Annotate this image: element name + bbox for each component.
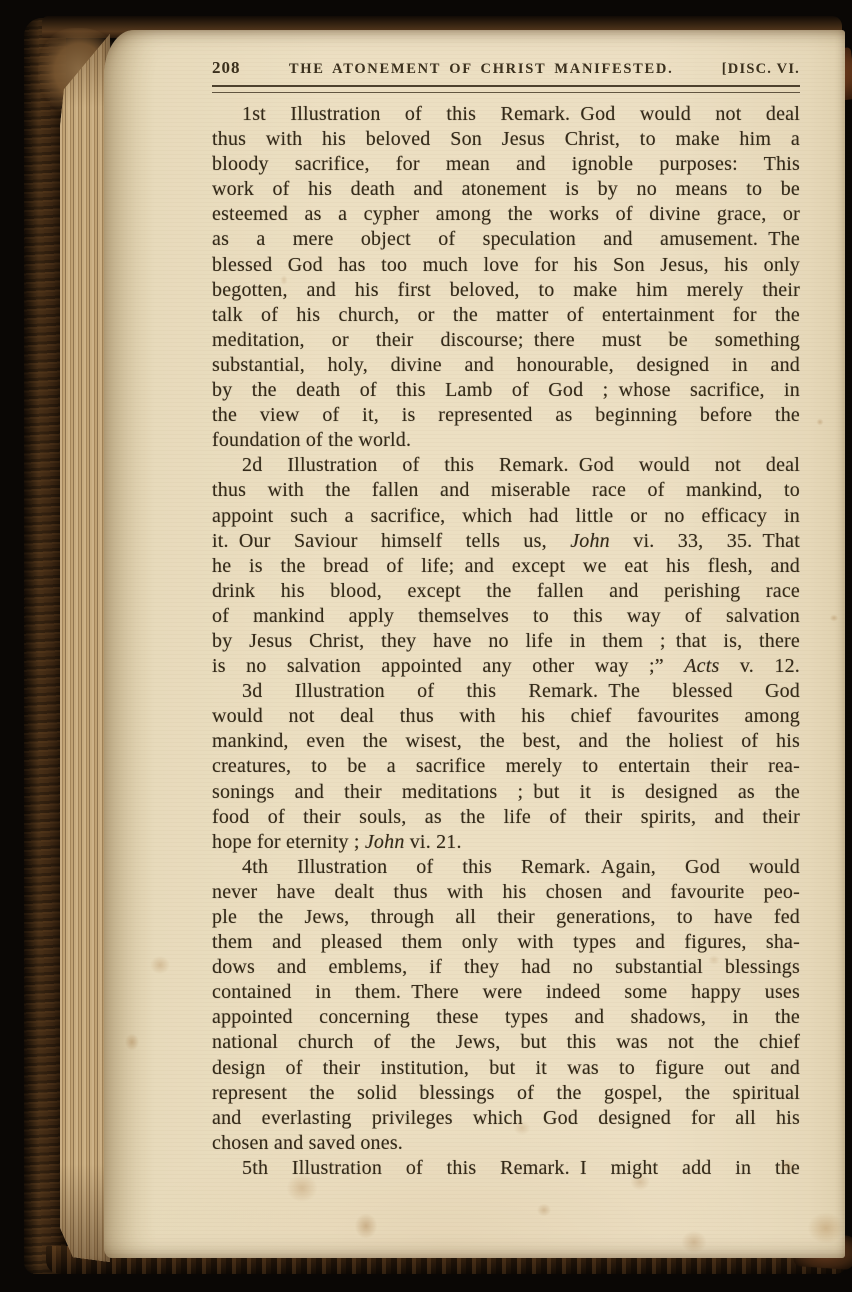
text-segment: v. 12. <box>720 655 800 677</box>
text-line: 5th Illustration of this Remark. I might… <box>212 1156 800 1181</box>
text-segment: the view of it, is represented as beginn… <box>212 404 800 426</box>
text-block: 1st Illustration of this Remark. God wou… <box>212 102 800 1181</box>
text-line: substantial, holy, divine and honourable… <box>212 353 800 378</box>
text-segment: 2d Illustration of this Remark. God woul… <box>242 454 800 476</box>
text-segment: as a mere object of speculation and amus… <box>212 228 800 250</box>
text-segment: blessed God has too much love for his So… <box>212 254 800 276</box>
book-spine-leather <box>24 18 66 1274</box>
scripture-reference: John <box>365 831 405 853</box>
text-line: talk of his church, or the matter of ent… <box>212 303 800 328</box>
text-line: creatures, to be a sacrifice merely to e… <box>212 754 800 779</box>
text-segment: hope for eternity ; <box>212 831 365 853</box>
text-line: hope for eternity ; John vi. 21. <box>212 830 800 855</box>
text-line: 1st Illustration of this Remark. God wou… <box>212 102 800 127</box>
text-line: them and pleased them only with types an… <box>212 930 800 955</box>
text-line: foundation of the world. <box>212 428 800 453</box>
text-line: mankind, even the wisest, the best, and … <box>212 729 800 754</box>
discourse-label: [DISC. VI. <box>722 61 800 78</box>
text-line: it. Our Saviour himself tells us, John v… <box>212 529 800 554</box>
text-line: would not deal thus with his chief favou… <box>212 704 800 729</box>
text-segment: by the death of this Lamb of God ; whose… <box>212 379 800 401</box>
text-line: drink his blood, except the fallen and p… <box>212 579 800 604</box>
text-segment: bloody sacrifice, for mean and ignoble p… <box>212 153 800 175</box>
text-line: he is the bread of life; and except we e… <box>212 554 800 579</box>
text-line: appointed concerning these types and sha… <box>212 1005 800 1030</box>
text-line: design of their institution, but it was … <box>212 1056 800 1081</box>
text-line: chosen and saved ones. <box>212 1131 800 1156</box>
book-photograph: { "page": { "number": "208", "running_ti… <box>0 0 852 1292</box>
text-segment: national church of the Jews, but this wa… <box>212 1031 800 1053</box>
text-segment: never have dealt thus with his chosen an… <box>212 881 800 903</box>
text-line: begotten, and his first beloved, to make… <box>212 278 800 303</box>
text-segment: chosen and saved ones. <box>212 1132 403 1154</box>
text-line: is no salvation appointed any other way … <box>212 654 800 679</box>
text-segment: thus with the fallen and miserable race … <box>212 479 800 501</box>
text-line: by Jesus Christ, they have no life in th… <box>212 629 800 654</box>
text-segment: would not deal thus with his chief favou… <box>212 705 800 727</box>
paragraph: 5th Illustration of this Remark. I might… <box>212 1156 800 1181</box>
text-segment: talk of his church, or the matter of ent… <box>212 304 800 326</box>
text-segment: contained in them. There were indeed som… <box>212 981 800 1003</box>
text-line: as a mere object of speculation and amus… <box>212 227 800 252</box>
text-line: by the death of this Lamb of God ; whose… <box>212 378 800 403</box>
text-segment: vi. 33, 35. That <box>610 530 800 552</box>
text-line: represent the solid blessings of the gos… <box>212 1081 800 1106</box>
text-segment: esteemed as a cypher among the works of … <box>212 203 800 225</box>
text-segment: is no salvation appointed any other way … <box>212 655 684 677</box>
text-segment: meditation, or their discourse; there mu… <box>212 329 800 351</box>
text-line: contained in them. There were indeed som… <box>212 980 800 1005</box>
text-line: blessed God has too much love for his So… <box>212 253 800 278</box>
printed-area: 208 THE ATONEMENT OF CHRIST MANIFESTED. … <box>212 58 800 1181</box>
text-line: never have dealt thus with his chosen an… <box>212 880 800 905</box>
text-segment: 5th Illustration of this Remark. I might… <box>242 1157 800 1179</box>
text-segment: it. Our Saviour himself tells us, <box>212 530 570 552</box>
running-header: 208 THE ATONEMENT OF CHRIST MANIFESTED. … <box>212 58 800 78</box>
text-line: appoint such a sacrifice, which had litt… <box>212 504 800 529</box>
text-segment: substantial, holy, divine and honourable… <box>212 354 800 376</box>
scripture-reference: John <box>570 530 610 552</box>
paragraph: 2d Illustration of this Remark. God woul… <box>212 453 800 679</box>
text-line: 3d Illustration of this Remark. The bles… <box>212 679 800 704</box>
text-segment: appoint such a sacrifice, which had litt… <box>212 505 800 527</box>
text-line: 4th Illustration of this Remark. Again, … <box>212 855 800 880</box>
text-segment: thus with his beloved Son Jesus Christ, … <box>212 128 800 150</box>
text-line: thus with the fallen and miserable race … <box>212 478 800 503</box>
header-rule <box>212 85 800 93</box>
text-segment: mankind, even the wisest, the best, and … <box>212 730 800 752</box>
text-line: and everlasting privileges which God des… <box>212 1106 800 1131</box>
text-segment: design of their institution, but it was … <box>212 1057 800 1079</box>
text-line: national church of the Jews, but this wa… <box>212 1030 800 1055</box>
text-segment: vi. 21. <box>405 831 462 853</box>
text-line: food of their souls, as the life of thei… <box>212 805 800 830</box>
text-segment: by Jesus Christ, they have no life in th… <box>212 630 800 652</box>
text-line: dows and emblems, if they had no substan… <box>212 955 800 980</box>
paragraph: 4th Illustration of this Remark. Again, … <box>212 855 800 1156</box>
running-title: THE ATONEMENT OF CHRIST MANIFESTED. <box>289 61 674 78</box>
text-segment: appointed concerning these types and sha… <box>212 1006 800 1028</box>
text-segment: drink his blood, except the fallen and p… <box>212 580 800 602</box>
text-segment: and everlasting privileges which God des… <box>212 1107 800 1129</box>
text-segment: sonings and their meditations ; but it i… <box>212 781 800 803</box>
paragraph: 3d Illustration of this Remark. The bles… <box>212 679 800 855</box>
paragraph: 1st Illustration of this Remark. God wou… <box>212 102 800 453</box>
text-line: esteemed as a cypher among the works of … <box>212 202 800 227</box>
text-segment: dows and emblems, if they had no substan… <box>212 956 800 978</box>
text-segment: ple the Jews, through all their generati… <box>212 906 800 928</box>
text-segment: 4th Illustration of this Remark. Again, … <box>242 856 800 878</box>
text-line: the view of it, is represented as beginn… <box>212 403 800 428</box>
text-line: thus with his beloved Son Jesus Christ, … <box>212 127 800 152</box>
text-segment: food of their souls, as the life of thei… <box>212 806 800 828</box>
text-segment: work of his death and atonement is by no… <box>212 178 800 200</box>
text-segment: begotten, and his first beloved, to make… <box>212 279 800 301</box>
text-line: bloody sacrifice, for mean and ignoble p… <box>212 152 800 177</box>
text-segment: creatures, to be a sacrifice merely to e… <box>212 755 800 777</box>
text-segment: 3d Illustration of this Remark. The bles… <box>242 680 800 702</box>
text-line: 2d Illustration of this Remark. God woul… <box>212 453 800 478</box>
text-segment: he is the bread of life; and except we e… <box>212 555 800 577</box>
text-line: meditation, or their discourse; there mu… <box>212 328 800 353</box>
text-segment: of mankind apply themselves to this way … <box>212 605 800 627</box>
text-line: ple the Jews, through all their generati… <box>212 905 800 930</box>
text-line: of mankind apply themselves to this way … <box>212 604 800 629</box>
scripture-reference: Acts <box>684 655 719 677</box>
text-line: sonings and their meditations ; but it i… <box>212 780 800 805</box>
text-line: work of his death and atonement is by no… <box>212 177 800 202</box>
book-page: 208 THE ATONEMENT OF CHRIST MANIFESTED. … <box>104 30 845 1258</box>
page-number: 208 <box>212 58 241 78</box>
text-segment: represent the solid blessings of the gos… <box>212 1082 800 1104</box>
text-segment: foundation of the world. <box>212 429 411 451</box>
page-edge-stack <box>60 34 110 1262</box>
text-segment: them and pleased them only with types an… <box>212 931 800 953</box>
text-segment: 1st Illustration of this Remark. God wou… <box>242 103 800 125</box>
